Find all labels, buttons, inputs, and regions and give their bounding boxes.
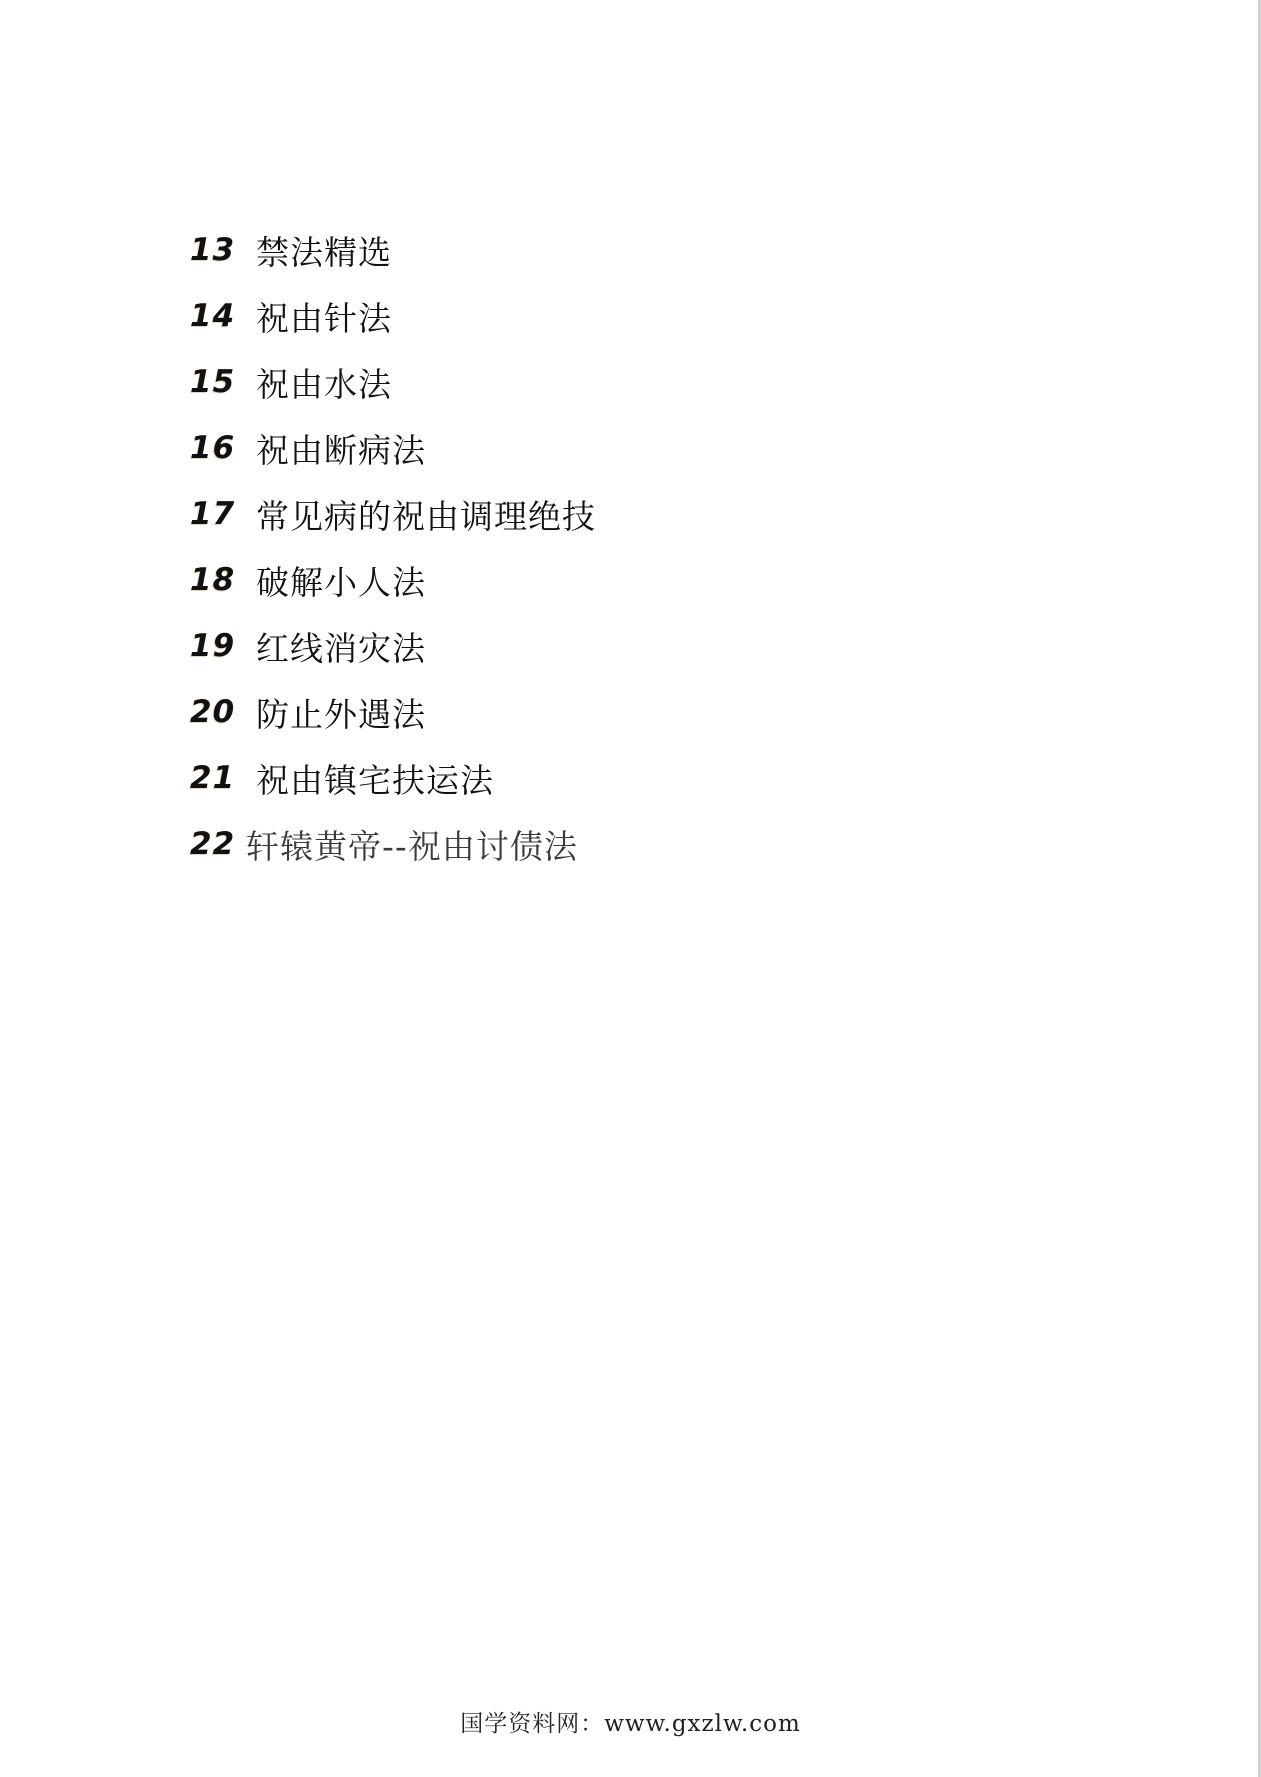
toc-item-number: 18 [190, 562, 256, 598]
toc-item: 14 祝由针法 [190, 291, 392, 341]
toc-item: 15 祝由水法 [190, 357, 392, 407]
toc-item-number: 14 [190, 298, 256, 334]
toc-item: 22 轩辕黄帝--祝由讨债法 [190, 819, 578, 869]
toc-item-number: 17 [190, 496, 256, 532]
toc-item-number: 13 [190, 232, 256, 268]
toc-item-title: 防止外遇法 [256, 689, 426, 736]
toc-item-title: 轩辕黄帝--祝由讨债法 [246, 821, 578, 868]
footer-website-text: 国学资料网：www.gxzlw.com [460, 1711, 801, 1737]
toc-item-title: 破解小人法 [256, 557, 426, 604]
toc-item: 18 破解小人法 [190, 555, 426, 605]
page-footer: 国学资料网：www.gxzlw.com [0, 1705, 1261, 1741]
table-of-contents: 13 禁法精选 14 祝由针法 15 祝由水法 16 祝由断病法 17 常见病的… [0, 0, 1240, 900]
toc-item-number: 15 [190, 364, 256, 400]
toc-item-title: 红线消灾法 [256, 623, 426, 670]
toc-item-number: 22 [190, 826, 246, 862]
toc-item-number: 21 [190, 760, 256, 796]
toc-item-number: 16 [190, 430, 256, 466]
toc-item: 17 常见病的祝由调理绝技 [190, 489, 596, 539]
toc-item-title: 祝由镇宅扶运法 [256, 755, 494, 802]
toc-item: 21 祝由镇宅扶运法 [190, 753, 494, 803]
toc-item: 16 祝由断病法 [190, 423, 426, 473]
toc-item: 19 红线消灾法 [190, 621, 426, 671]
toc-item-title: 祝由针法 [256, 293, 392, 340]
toc-item-number: 20 [190, 694, 256, 730]
toc-item-title: 常见病的祝由调理绝技 [256, 491, 596, 538]
toc-item: 13 禁法精选 [190, 225, 392, 275]
toc-item-number: 19 [190, 628, 256, 664]
toc-item-title: 祝由水法 [256, 359, 392, 406]
toc-item: 20 防止外遇法 [190, 687, 426, 737]
toc-item-title: 禁法精选 [256, 227, 392, 274]
toc-item-title: 祝由断病法 [256, 425, 426, 472]
